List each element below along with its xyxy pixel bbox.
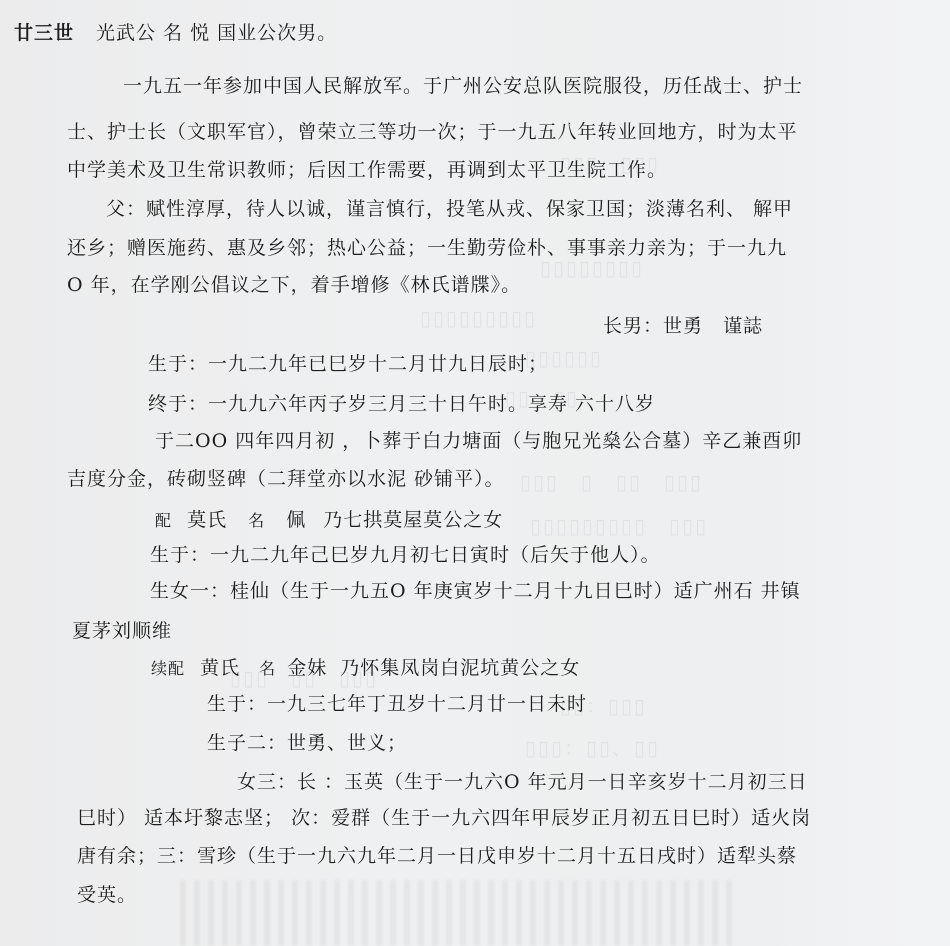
bleed-through-text: ▯▯▯▯▯▯▯▯▯ ▯▯▯ bbox=[530, 510, 708, 539]
spouse1-origin: 乃七拱莫屋莫公之女 bbox=[323, 509, 503, 531]
bio-para1-line1: 一九五一年参加中国人民解放军。于广州公安总队医院服役，历任战士、护士 bbox=[123, 73, 803, 99]
death-date: 终于：一九九六年丙子岁三月三十日午时。享寿 六十八岁 bbox=[148, 391, 655, 417]
bleed-through-band bbox=[180, 880, 740, 946]
entry-title: 光武公 名 悦 国业公次男。 bbox=[96, 22, 337, 44]
spouse2-birth: 生于：一九三七年丁丑岁十二月廿一日未时 bbox=[207, 691, 587, 717]
scanned-genealogy-page: ▯▯▯ ▯▯▯ ▯▯▯▯▯▯▯▯ ▯▯▯▯▯▯▯▯▯ ▯▯▯▯▯▯ ▯▯ ▯▯ … bbox=[0, 0, 950, 946]
spouse1-birth: 生于：一九二九年己巳岁九月初七日寅时（后矢于他人）。 bbox=[150, 542, 661, 568]
burial-line2: 吉度分金，砖砌竖碑（二拜堂亦以水泥 砂铺平）。 bbox=[67, 466, 505, 492]
bio-para2-line2: 还乡；赠医施药、惠及乡邻；热心公益；一生勤劳俭朴、事事亲力亲为；于一九九 bbox=[67, 235, 787, 261]
spouse1-name-label: 名 bbox=[248, 511, 265, 530]
spouse2-name: 金妹 bbox=[287, 657, 327, 679]
bleed-through-text: ▯▯▯▯▯▯▯▯▯ bbox=[420, 306, 537, 330]
spouse2-sons: 生子二：世勇、世义； bbox=[207, 730, 407, 756]
birth-date: 生于：一九二九年已巳岁十二月廿九日辰时； bbox=[148, 351, 548, 377]
spouse1-name: 佩 bbox=[286, 509, 306, 531]
spouse1-surname: 莫氏 bbox=[187, 509, 227, 531]
spouse1-header: 配 莫氏 名 佩 乃七拱莫屋莫公之女 bbox=[155, 507, 503, 534]
spouse2-surname: 黄氏 bbox=[200, 657, 240, 679]
generation-label: 廿三世 bbox=[14, 22, 74, 44]
bleed-through-text: ▯▯▯ ▯ ▯▯ ▯▯▯ bbox=[520, 466, 703, 495]
spouse2-name-label: 名 bbox=[259, 659, 276, 678]
spouse2-daughters-line3: 唐有余；三：雪珍（生于一九六九年二月一日戊申岁十二月十五日戌时）适犁头蔡 bbox=[77, 843, 797, 869]
spouse2-origin: 乃怀集凤岗白泥坑黄公之女 bbox=[340, 657, 580, 679]
signature: 长男：世勇 谨誌 bbox=[603, 313, 763, 339]
spouse2-daughters-line1: 女三：长 ：玉英（生于一九六O 年元月一日辛亥岁十二月初三日 bbox=[237, 769, 808, 795]
entry-header: 廿三世光武公 名 悦 国业公次男。 bbox=[14, 20, 337, 46]
page-edge-shadow bbox=[830, 0, 950, 946]
spouse2-daughters-line2: 巳时） 适本圩黎志坚； 次：爱群（生于一九六四年甲辰岁正月初五日巳时）适火岗 bbox=[77, 805, 811, 831]
bio-para2-line1: 父：赋性淳厚，待人以诚，谨言慎行，投笔从戎、保家卫国；淡薄名利、 解甲 bbox=[106, 196, 793, 222]
bleed-through-text: ▯▯▯：▯▯、▯▯ bbox=[525, 732, 660, 761]
bio-para1-line2: 士、护士长（文职军官），曾荣立三等功一次；于一九五八年转业回地方，时为太平 bbox=[67, 119, 798, 145]
bio-para1-line3: 中学美术及卫生常识教师；后因工作需要，再调到太平卫生院工作。 bbox=[67, 157, 667, 183]
spouse1-daughter-line2: 夏茅刘顺维 bbox=[72, 618, 172, 644]
spouse2-label: 续配 bbox=[151, 659, 185, 678]
spouse1-daughter-line1: 生女一：桂仙（生于一九五O 年庚寅岁十二月十九日巳时）适广州石 井镇 bbox=[150, 578, 801, 604]
burial-line1: 于二OO 四年四月初 ，卜葬于白力塘面（与胞兄光燊公合墓）辛乙兼酉卯 bbox=[155, 428, 802, 454]
spouse1-label: 配 bbox=[155, 511, 172, 530]
spouse2-header: 续配 黄氏 名 金妹 乃怀集凤岗白泥坑黄公之女 bbox=[151, 655, 580, 682]
spouse2-daughters-line4: 受英。 bbox=[77, 882, 137, 908]
bio-para2-line3: O 年，在学刚公倡议之下，着手增修《林氏谱牒》。 bbox=[67, 272, 521, 298]
